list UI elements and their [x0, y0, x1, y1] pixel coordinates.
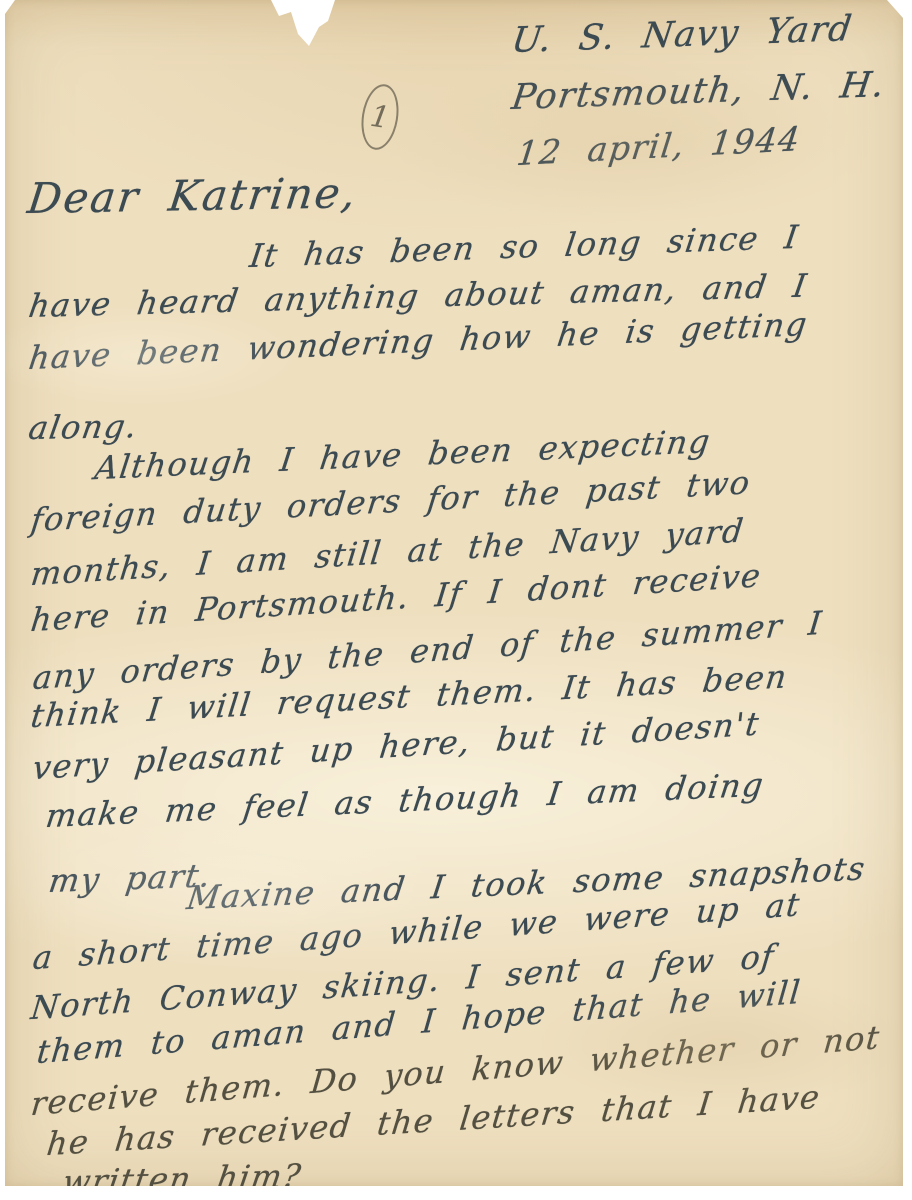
body-line: written him? [60, 1159, 304, 1200]
page-number-text: 1 [368, 98, 392, 136]
scanned-letter-screenshot: { "colors": { "paper": "#ebd9b6", "paper… [0, 0, 912, 1200]
body-line: along. [26, 409, 140, 446]
letterhead-city-line: Portsmouth, N. H. [509, 66, 888, 118]
letter-page: U. S. Navy Yard Portsmouth, N. H. 12 apr… [5, 0, 903, 1186]
letterhead-date-line: 12 april, 1944 [515, 121, 803, 172]
body-line: It has been so long since I [248, 220, 802, 275]
salutation: Dear Katrine, [25, 170, 360, 222]
letterhead-location-line: U. S. Navy Yard [509, 10, 855, 61]
page-number-mark: 1 [357, 82, 403, 153]
